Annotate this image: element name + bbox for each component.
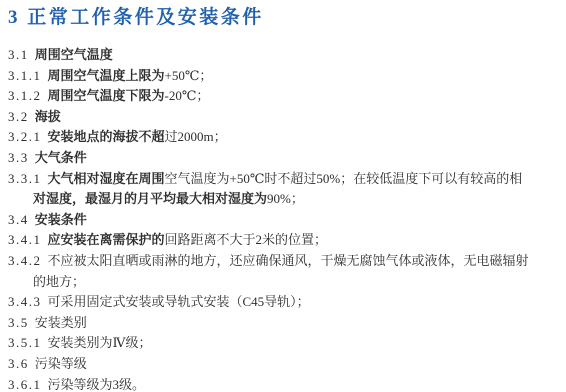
text-line: 3.1周围空气温度 [8,45,558,66]
text-segment: 对湿度，最湿月的月平均最大相对湿度为 [33,191,267,206]
text-segment: 周围空气温度下限为 [48,88,165,103]
clause-number: 3.6.1 [8,377,42,392]
clause-number: 3.2.1 [8,129,42,144]
text-segment: 污染等级 [35,356,87,371]
text-line: 3.4.3可采用固定式安装或导轨式安装（C45导轨）； [8,292,558,313]
clause-number: 3.6 [8,356,29,371]
text-segment: 大气条件 [35,150,87,165]
text-line: 对湿度，最湿月的月平均最大相对湿度为90%； [8,189,558,210]
text-segment: 周围空气温度 [35,47,113,62]
text-segment: 安装条件 [35,212,87,227]
text-segment: 回路距离不大于2米的位置； [165,232,328,247]
text-line: 3.3.1大气相对湿度在周围空气温度为+50℃时不超过50%；在较低温度下可以有… [8,169,558,190]
clause-number: 3.3.1 [8,171,42,186]
text-segment: 海拔 [35,109,61,124]
text-line: 3.1.2周围空气温度下限为-20℃； [8,86,558,107]
text-segment: -20℃； [165,88,210,103]
text-segment: 周围空气温度上限为 [48,68,165,83]
text-line: 3.3大气条件 [8,148,558,169]
text-line: 的地方； [8,272,558,293]
clause-number: 3.1.1 [8,68,42,83]
text-line: 3.5安装类别 [8,313,558,334]
text-segment: 污染等级为3级。 [48,377,146,392]
section-body: 3.1周围空气温度3.1.1周围空气温度上限为+50℃；3.1.2周围空气温度下… [8,45,558,392]
text-line: 3.5.1安装类别为Ⅳ级； [8,333,558,354]
text-line: 3.6.1污染等级为3级。 [8,375,558,392]
clause-number: 3.3 [8,150,29,165]
text-segment: 大气相对湿度在周围 [48,171,165,186]
text-segment: +50℃； [165,68,213,83]
text-line: 3.4.1应安装在离需保护的回路距离不大于2米的位置； [8,230,558,251]
clause-number: 3.1 [8,47,29,62]
text-segment: 空气温度为+50℃时不超过50%；在较低温度下可以有较高的相 [165,171,523,186]
clause-number: 3.5 [8,315,29,330]
text-line: 3.4.2不应被太阳直晒或雨淋的地方，还应确保通风，干燥无腐蚀气体或液体，无电磁… [8,251,558,272]
clause-number: 3.4.3 [8,294,42,309]
text-segment: 安装类别为Ⅳ级； [48,335,152,350]
text-segment: 可采用固定式安装或导轨式安装（C45导轨）； [48,294,310,309]
text-segment: 应安装在离需保护的 [48,232,165,247]
section-title: 3 正常工作条件及安装条件 [8,6,558,30]
text-line: 3.2.1安装地点的海拔不超过2000m； [8,127,558,148]
text-segment: 安装类别 [35,315,87,330]
clause-number: 3.4.1 [8,232,42,247]
clause-number: 3.5.1 [8,335,42,350]
text-line: 3.2海拔 [8,107,558,128]
text-line: 3.6污染等级 [8,354,558,375]
text-segment: 过2000m； [165,129,227,144]
text-segment: 不应被太阳直晒或雨淋的地方，还应确保通风，干燥无腐蚀气体或液体，无电磁辐射 [48,253,529,268]
clause-number: 3.2 [8,109,29,124]
clause-number: 3.4 [8,212,29,227]
clause-number: 3.1.2 [8,88,42,103]
text-line: 3.4安装条件 [8,210,558,231]
text-segment: 的地方； [33,274,85,289]
text-segment: 安装地点的海拔不超 [48,129,165,144]
document-page: 3 正常工作条件及安装条件 3.1周围空气温度3.1.1周围空气温度上限为+50… [0,0,566,392]
clause-number: 3.4.2 [8,253,42,268]
text-segment: 90%； [267,191,304,206]
text-line: 3.1.1周围空气温度上限为+50℃； [8,66,558,87]
